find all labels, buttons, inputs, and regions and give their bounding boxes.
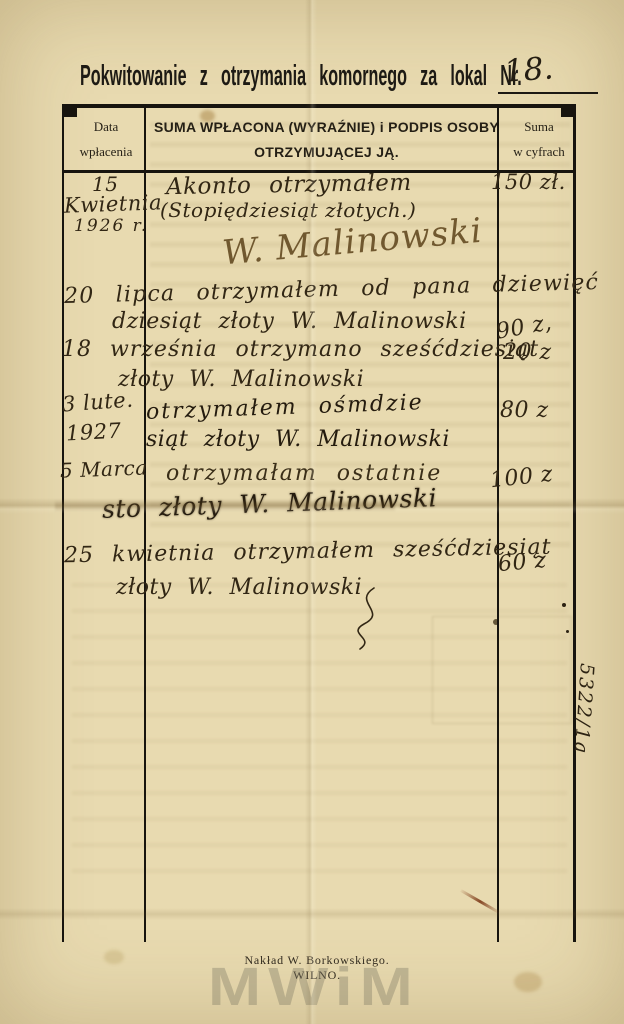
horizontal-fold-crease-dark bbox=[55, 500, 395, 512]
entry-1-text-line1: Akonto otrzymałem bbox=[166, 170, 412, 200]
ink-dot bbox=[566, 630, 569, 633]
paper-stain bbox=[104, 950, 124, 964]
header-date-column: Data wpłacenia bbox=[64, 108, 148, 170]
column-divider-sum bbox=[497, 108, 499, 942]
header-sum-words-column: SUMA WPŁACONA (WYRAŹNIE) i PODPIS OSOBY … bbox=[148, 108, 505, 170]
entry-4-date-year: 1927 bbox=[65, 419, 122, 446]
header-sum-figures-column: Suma w cyfrach bbox=[505, 108, 573, 170]
header-sum-words-line2: OTRZYMUJĄCEJ JĄ. bbox=[254, 144, 399, 160]
entry-4-text-line2: siąt złoty W. Malinowski bbox=[146, 427, 450, 452]
entry-1-date-month: Kwietnia bbox=[64, 190, 163, 217]
horizontal-fold-crease-lower bbox=[0, 908, 624, 920]
entry-1-date-year: 1926 r. bbox=[74, 216, 148, 236]
ink-dot bbox=[562, 603, 566, 607]
receipt-document: Pokwitowanie z otrzymania komornego za l… bbox=[0, 0, 624, 1024]
document-title: Pokwitowanie z otrzymania komornego za l… bbox=[80, 58, 522, 93]
entry-2-text-line2: dziesiąt złoty W. Malinowski bbox=[112, 309, 467, 334]
entry-5-date: 5 Marca bbox=[60, 455, 148, 482]
entry-1-sum-figures: 150 zł. bbox=[491, 170, 566, 194]
lokal-number-handwritten: 18. bbox=[503, 50, 555, 89]
entry-3-text-line2: złoty W. Malinowski bbox=[118, 367, 364, 392]
entry-4-sum-figures: 80 z bbox=[500, 398, 549, 423]
signature-flourish bbox=[342, 586, 394, 652]
header-sum-figures-line2: w cyfrach bbox=[513, 144, 565, 160]
header-sum-words-line1: SUMA WPŁACONA (WYRAŹNIE) i PODPIS OSOBY bbox=[154, 119, 499, 135]
header-date-line1: Data bbox=[94, 119, 119, 135]
entry-3-sum-figures: 20 z bbox=[503, 340, 552, 365]
entry-4-date-day: 3 lute. bbox=[61, 388, 134, 417]
entry-6-sum-figures: 60 z bbox=[497, 548, 548, 577]
title-underline bbox=[498, 92, 598, 94]
paper-stain bbox=[514, 972, 542, 992]
header-sum-figures-line1: Suma bbox=[524, 119, 554, 135]
entry-1-text-line2: (Stopiędziesiąt złotych.) bbox=[160, 198, 416, 222]
header-date-line2: wpłacenia bbox=[80, 144, 133, 160]
entry-3-text-line1: 18 września otrzymano sześćdziesiąt bbox=[62, 337, 539, 362]
entry-6-text-line2: złoty W. Malinowski bbox=[116, 575, 362, 600]
